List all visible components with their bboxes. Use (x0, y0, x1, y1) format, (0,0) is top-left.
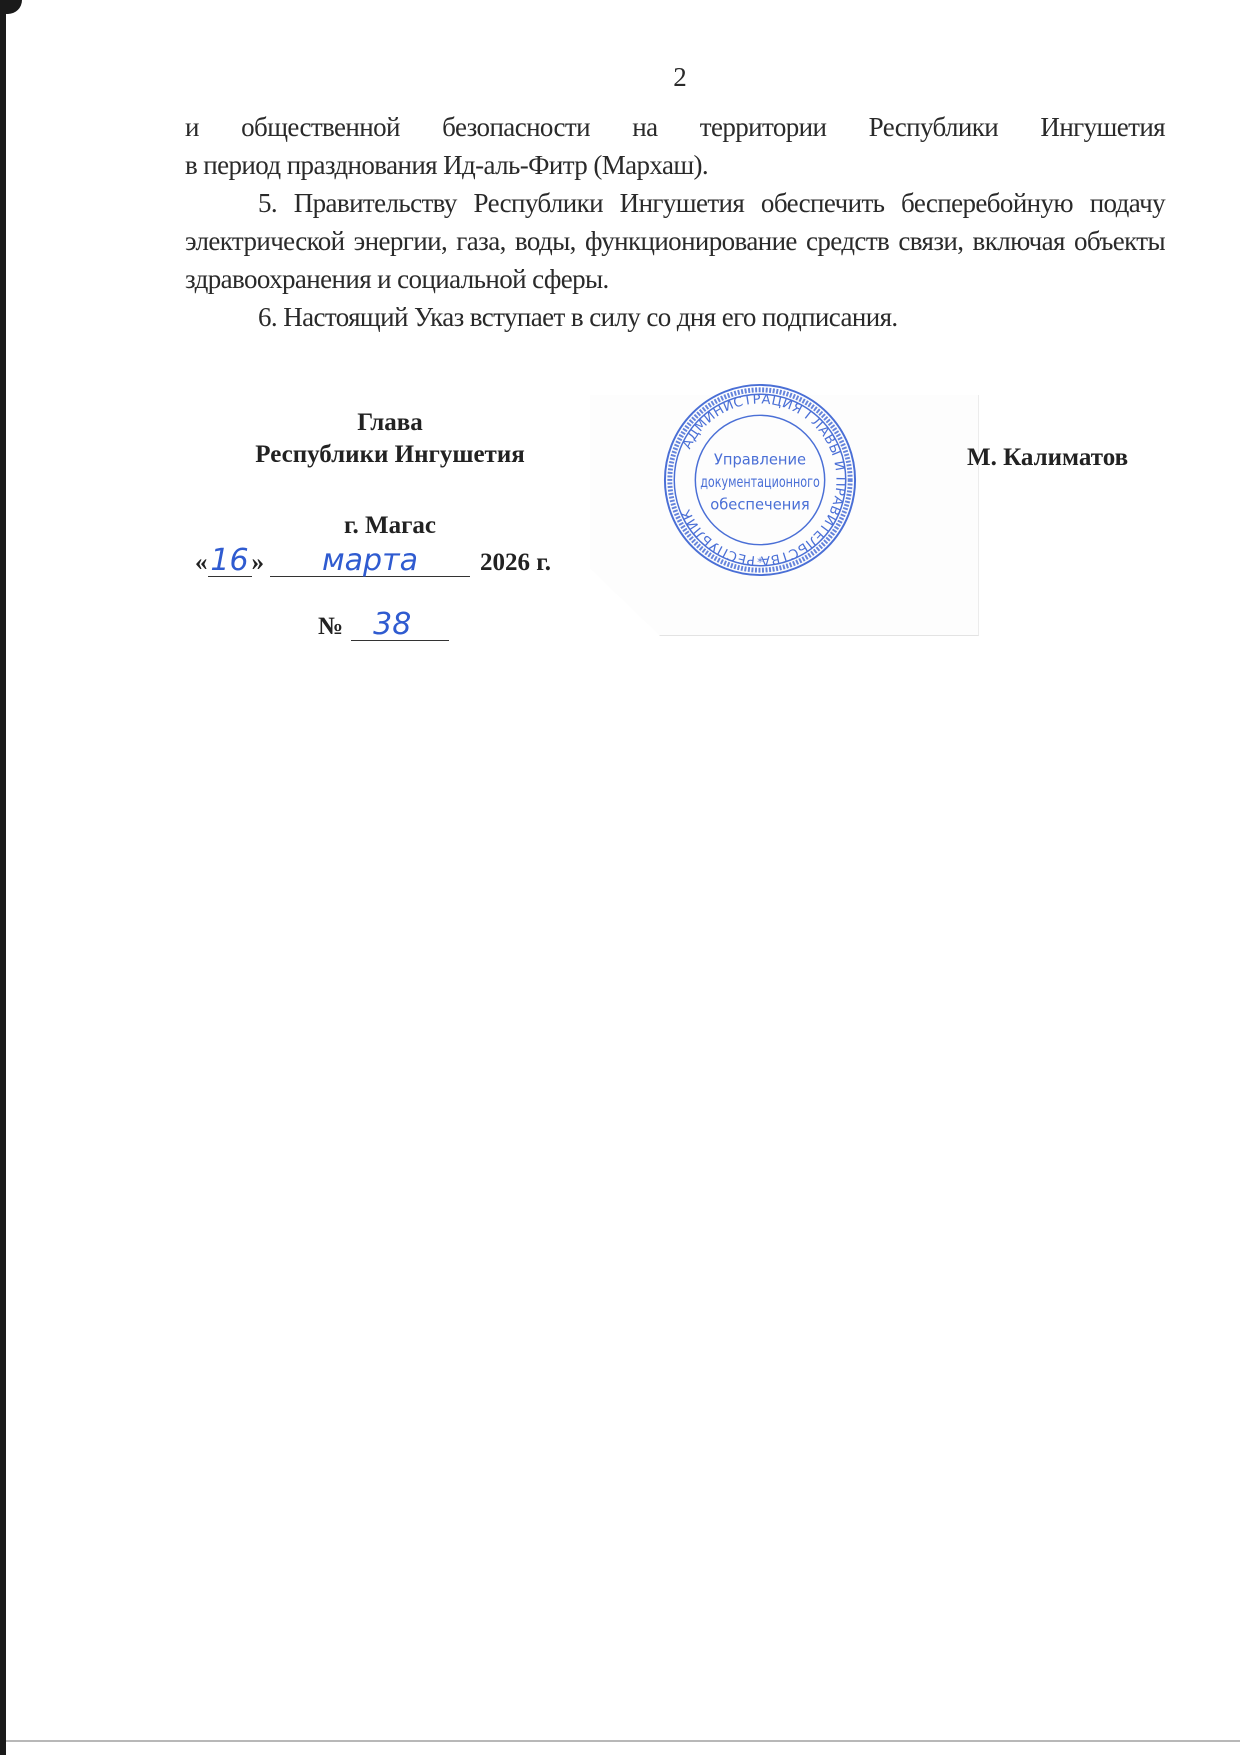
number-label: № (318, 613, 343, 640)
signer-name: М. Калиматов (967, 444, 1128, 472)
page-number: 2 (0, 62, 1240, 93)
paragraph-continuation-line-2: в период празднования Ид-аль-Фитр (Марха… (185, 146, 1165, 184)
paragraph-6: 6. Настоящий Указ вступает в силу со дня… (185, 298, 1165, 336)
paragraph-5: 5. Правительству Республики Ингушетия об… (185, 184, 1165, 298)
date-close-quote: » (252, 549, 265, 576)
scan-bottom-edge (6, 1740, 1240, 1742)
stamp-star: * (757, 555, 763, 569)
city: г. Магас (185, 510, 595, 542)
date-month-handwritten: марта (270, 546, 470, 577)
date-open-quote: « (195, 549, 208, 576)
document-number: №38 (318, 610, 449, 641)
date-day-handwritten: 16 (208, 546, 252, 577)
signer-title-line-2: Республики Ингушетия (185, 439, 595, 471)
date-year: 2026 г. (480, 549, 551, 576)
stamp-center-line-3: обеспечения (710, 496, 810, 513)
document-date: «16»марта2026 г. (195, 546, 551, 577)
signer-title-line-1: Глава (185, 407, 595, 439)
paragraph-continuation-line-1: и общественной безопасности на территори… (185, 108, 1165, 146)
document-body: и общественной безопасности на территори… (185, 108, 1165, 336)
scan-left-edge (0, 6, 6, 1755)
stamp-center-line-2: документационного (700, 474, 820, 491)
signer-title: Глава Республики Ингушетия (185, 407, 595, 471)
stamp-center-line-1: Управление (714, 451, 806, 468)
number-handwritten: 38 (351, 610, 449, 641)
official-seal-stamp: АДМИНИСТРАЦИЯ ГЛАВЫ И ПРАВИТЕЛЬСТВА РЕСП… (662, 382, 858, 578)
